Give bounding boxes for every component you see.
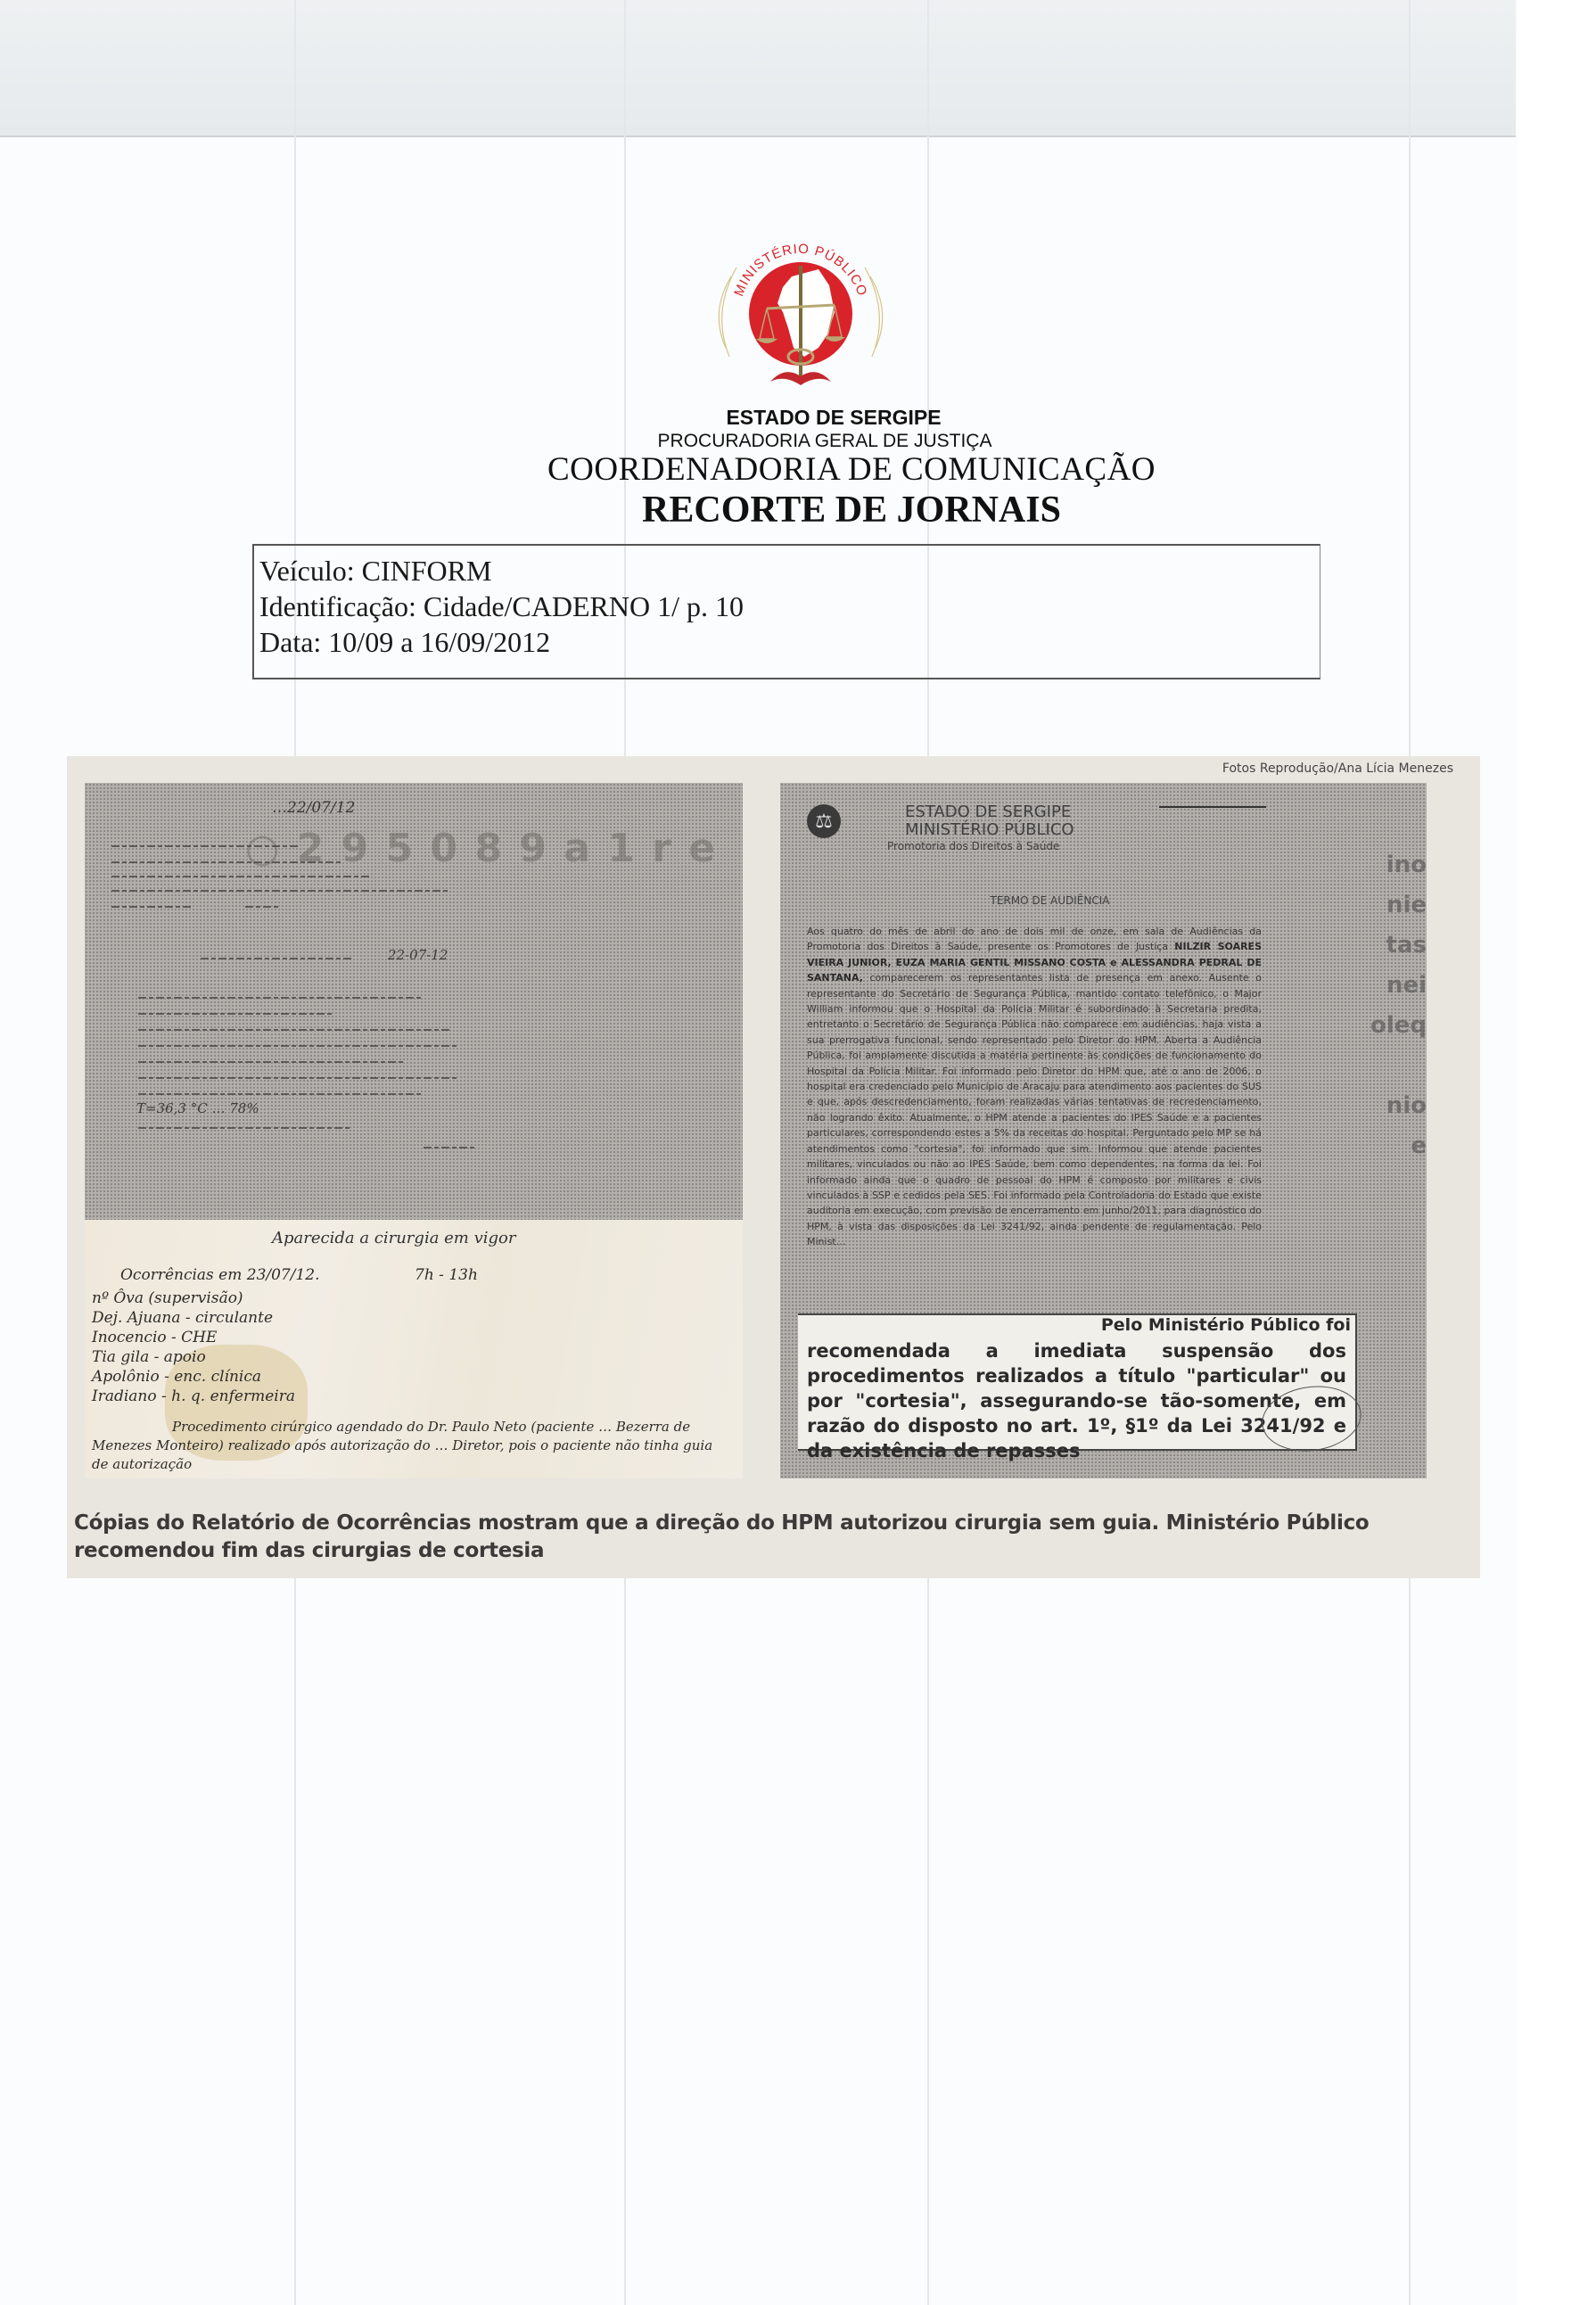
signature-line: [1159, 806, 1266, 808]
clipping-info-box: Veículo: CINFORM Identificação: Cidade/C…: [252, 544, 1320, 679]
handwriting-line: [138, 997, 424, 999]
slip-paragraph: Procedimento cirúrgico agendado do Dr. P…: [92, 1418, 716, 1474]
report-date: 22-07-12: [388, 947, 448, 963]
handwriting-line: [111, 906, 192, 908]
handwriting-line: [111, 876, 370, 877]
page-title: RECORTE DE JORNAIS: [0, 489, 1596, 531]
highlight-text: recomendada a imediata suspensão dos pro…: [807, 1338, 1346, 1463]
vital-readings: T=36,3 °C … 78%: [136, 1100, 259, 1116]
handwriting-line: [201, 958, 352, 959]
highlight-lead: Pelo Ministério Público foi: [851, 1315, 1351, 1335]
slip-staff-line: Tia gila - apoio: [92, 1348, 206, 1366]
handwriting-line: [111, 845, 299, 847]
doc-department: Promotoria dos Direitos à Saúde: [887, 840, 1059, 852]
highlighted-recommendation: Pelo Ministério Público foi recomendada …: [798, 1313, 1357, 1451]
photo-caption: Cópias do Relatório de Ocorrências mostr…: [74, 1510, 1474, 1565]
vehicle-field: Veículo: CINFORM: [254, 553, 1320, 589]
handwriting-line: [138, 1127, 352, 1129]
slip-shift-time: 7h - 13h: [415, 1266, 478, 1284]
identification-field: Identificação: Cidade/CADERNO 1/ p. 10: [254, 589, 1320, 624]
doc-state: ESTADO DE SERGIPE: [905, 803, 1071, 821]
slip-date-line: Ocorrências em 23/07/12.: [120, 1266, 320, 1284]
slip-title: Aparecida a cirurgia em vigor: [272, 1229, 515, 1247]
handwriting-line: [138, 1045, 459, 1047]
ministerio-publico-seal-icon: ⚖: [807, 804, 841, 838]
handwriting-line: [138, 1029, 450, 1031]
doc-body: Aos quatro do mês de abril do ano de doi…: [807, 924, 1262, 1250]
report-title: …22/07/12: [272, 799, 355, 817]
slip-staff-line: Inocencio - CHE: [92, 1329, 217, 1346]
slip-staff-line: nº Ôva (supervisão): [92, 1289, 243, 1307]
scan-margin: [1518, 0, 1596, 2305]
agency-name: PROCURADORIA GERAL DE JUSTIÇA: [0, 431, 1596, 452]
background-text-ghost: inonietasneioleqnio e: [1364, 845, 1427, 1166]
background-headline-ghost: ○ 2 9 5 0 8 9 a 1 r e: [245, 826, 717, 871]
slip-staff-line: Apolônio - enc. clínica: [92, 1368, 261, 1386]
handwritten-report-photo: ○ 2 9 5 0 8 9 a 1 r e …22/07/12 22-07-12…: [85, 783, 743, 1478]
slip-staff-line: Iradiano - h. q. enfermeira: [92, 1387, 295, 1405]
handwriting-line: [138, 1061, 406, 1063]
slip-staff-line: Dej. Ajuana - circulante: [92, 1309, 273, 1327]
handwriting-line: [138, 1077, 459, 1079]
handwriting-line: [138, 1093, 424, 1095]
newspaper-clipping: Fotos Reprodução/Ana Lícia Menezes ○ 2 9…: [67, 756, 1480, 1578]
doc-title: TERMO DE AUDIÊNCIA: [780, 894, 1427, 907]
photo-credit: Fotos Reprodução/Ana Lícia Menezes: [1222, 761, 1453, 776]
occurrence-slip: Aparecida a cirurgia em vigor Ocorrência…: [85, 1220, 743, 1478]
hearing-term-photo: ⚖ ESTADO DE SERGIPE MINISTÉRIO PÚBLICO P…: [780, 783, 1427, 1478]
handwriting-line: [245, 906, 281, 908]
handwriting-line: [111, 890, 450, 892]
handwriting-line: [111, 861, 343, 863]
doc-body-rest: comparecerem os representantes lista de …: [807, 972, 1262, 1247]
department-name: COORDENADORIA DE COMUNICAÇÃO: [0, 450, 1596, 489]
scan-shadow-band: [0, 0, 1516, 137]
date-field: Data: 10/09 a 16/09/2012: [254, 624, 1320, 660]
handwriting-line: [424, 1147, 477, 1148]
state-name: ESTADO DE SERGIPE: [0, 406, 1596, 430]
doc-agency: MINISTÉRIO PÚBLICO: [905, 820, 1074, 839]
ministerio-publico-emblem: MINISTÉRIO PÚBLICO: [685, 223, 917, 401]
handwriting-line: [138, 1013, 334, 1015]
